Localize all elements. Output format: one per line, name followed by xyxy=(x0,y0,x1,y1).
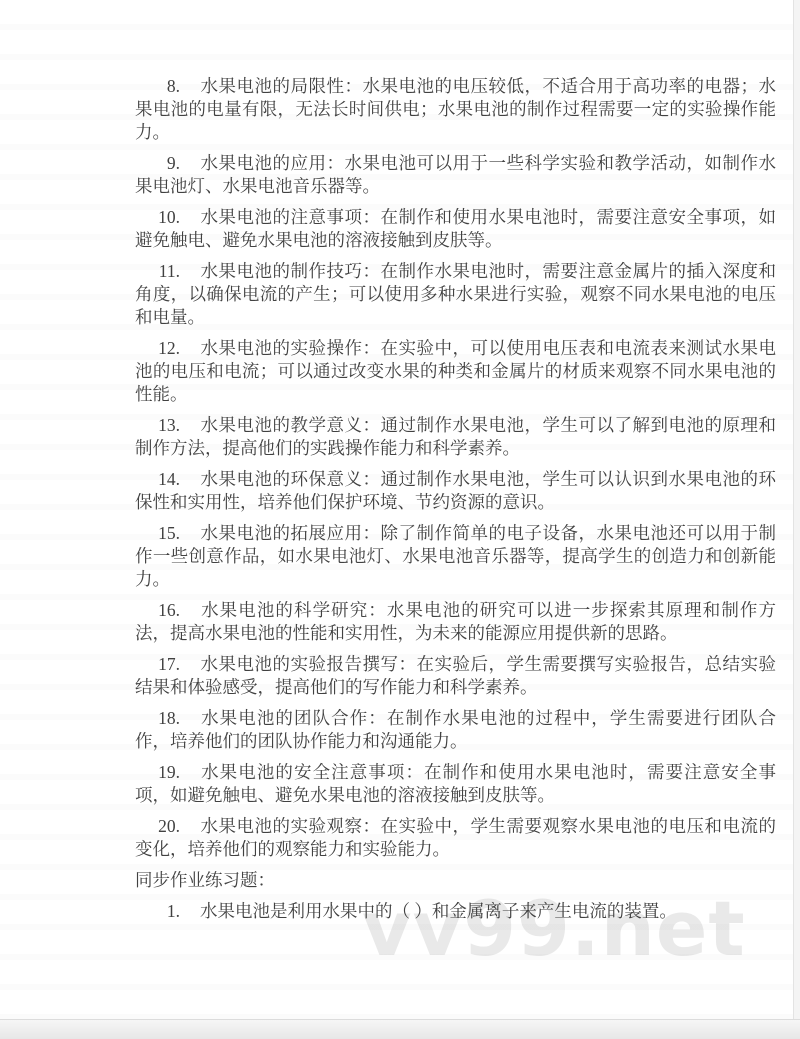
numbered-item: 8.水果电池的局限性：水果电池的电压较低，不适合用于高功率的电器；水果电池的电量… xyxy=(135,75,776,144)
numbered-item: 16.水果电池的科学研究：水果电池的研究可以进一步探索其原理和制作方法，提高水果… xyxy=(135,599,776,645)
numbered-item-list: 8.水果电池的局限性：水果电池的电压较低，不适合用于高功率的电器；水果电池的电量… xyxy=(135,75,776,861)
numbered-item: 17.水果电池的实验报告撰写：在实验后，学生需要撰写实验报告，总结实验结果和体验… xyxy=(135,653,776,699)
document-content: 8.水果电池的局限性：水果电池的电压较低，不适合用于高功率的电器；水果电池的电量… xyxy=(135,75,776,931)
numbered-item: 15.水果电池的拓展应用：除了制作简单的电子设备，水果电池还可以用于制作一些创意… xyxy=(135,522,776,591)
item-number: 10. xyxy=(155,206,180,229)
item-text: 水果电池的科学研究：水果电池的研究可以进一步探索其原理和制作方法，提高水果电池的… xyxy=(135,600,776,643)
item-number: 11. xyxy=(155,260,180,283)
item-number: 8. xyxy=(155,75,180,98)
section-heading: 同步作业练习题： xyxy=(135,869,776,892)
item-number: 16. xyxy=(155,599,180,622)
item-text: 水果电池的实验报告撰写：在实验后，学生需要撰写实验报告，总结实验结果和体验感受，… xyxy=(135,654,776,697)
item-number: 12. xyxy=(155,337,180,360)
item-number: 1. xyxy=(155,900,180,923)
page-bottom-edge xyxy=(0,1019,800,1039)
item-text: 水果电池的安全注意事项：在制作和使用水果电池时，需要注意安全事项，如避免触电、避… xyxy=(135,762,776,805)
numbered-item: 1.水果电池是利用水果中的（ ）和金属离子来产生电流的装置。 xyxy=(135,900,776,923)
page-right-edge xyxy=(793,0,800,1039)
item-number: 18. xyxy=(155,707,180,730)
numbered-item: 13.水果电池的教学意义：通过制作水果电池，学生可以了解到电池的原理和制作方法，… xyxy=(135,414,776,460)
item-text: 水果电池的团队合作：在制作水果电池的过程中，学生需要进行团队合作，培养他们的团队… xyxy=(135,708,776,751)
item-number: 17. xyxy=(155,653,180,676)
exercise-item-list: 1.水果电池是利用水果中的（ ）和金属离子来产生电流的装置。 xyxy=(135,900,776,923)
numbered-item: 11.水果电池的制作技巧：在制作水果电池时，需要注意金属片的插入深度和角度，以确… xyxy=(135,260,776,329)
item-text: 水果电池的环保意义：通过制作水果电池，学生可以认识到水果电池的环保性和实用性，培… xyxy=(135,469,776,512)
item-text: 水果电池的拓展应用：除了制作简单的电子设备，水果电池还可以用于制作一些创意作品，… xyxy=(135,523,776,589)
item-text: 水果电池的制作技巧：在制作水果电池时，需要注意金属片的插入深度和角度，以确保电流… xyxy=(135,261,776,327)
item-number: 13. xyxy=(155,414,180,437)
item-number: 19. xyxy=(155,761,180,784)
item-text: 水果电池的教学意义：通过制作水果电池，学生可以了解到电池的原理和制作方法，提高他… xyxy=(135,415,776,458)
item-text: 水果电池的局限性：水果电池的电压较低，不适合用于高功率的电器；水果电池的电量有限… xyxy=(135,76,776,142)
numbered-item: 19.水果电池的安全注意事项：在制作和使用水果电池时，需要注意安全事项，如避免触… xyxy=(135,761,776,807)
numbered-item: 12.水果电池的实验操作：在实验中，可以使用电压表和电流表来测试水果电池的电压和… xyxy=(135,337,776,406)
numbered-item: 18.水果电池的团队合作：在制作水果电池的过程中，学生需要进行团队合作，培养他们… xyxy=(135,707,776,753)
numbered-item: 10.水果电池的注意事项：在制作和使用水果电池时，需要注意安全事项，如避免触电、… xyxy=(135,206,776,252)
item-number: 20. xyxy=(155,815,180,838)
item-number: 15. xyxy=(155,522,180,545)
item-text: 水果电池的实验观察：在实验中，学生需要观察水果电池的电压和电流的变化，培养他们的… xyxy=(135,816,776,859)
numbered-item: 14.水果电池的环保意义：通过制作水果电池，学生可以认识到水果电池的环保性和实用… xyxy=(135,468,776,514)
numbered-item: 20.水果电池的实验观察：在实验中，学生需要观察水果电池的电压和电流的变化，培养… xyxy=(135,815,776,861)
item-text: 水果电池的实验操作：在实验中，可以使用电压表和电流表来测试水果电池的电压和电流；… xyxy=(135,338,776,404)
numbered-item: 9.水果电池的应用：水果电池可以用于一些科学实验和教学活动，如制作水果电池灯、水… xyxy=(135,152,776,198)
item-number: 9. xyxy=(155,152,180,175)
item-text: 水果电池的应用：水果电池可以用于一些科学实验和教学活动，如制作水果电池灯、水果电… xyxy=(135,153,776,196)
item-text: 水果电池是利用水果中的（ ）和金属离子来产生电流的装置。 xyxy=(200,901,677,921)
item-text: 水果电池的注意事项：在制作和使用水果电池时，需要注意安全事项，如避免触电、避免水… xyxy=(135,207,776,250)
item-number: 14. xyxy=(155,468,180,491)
